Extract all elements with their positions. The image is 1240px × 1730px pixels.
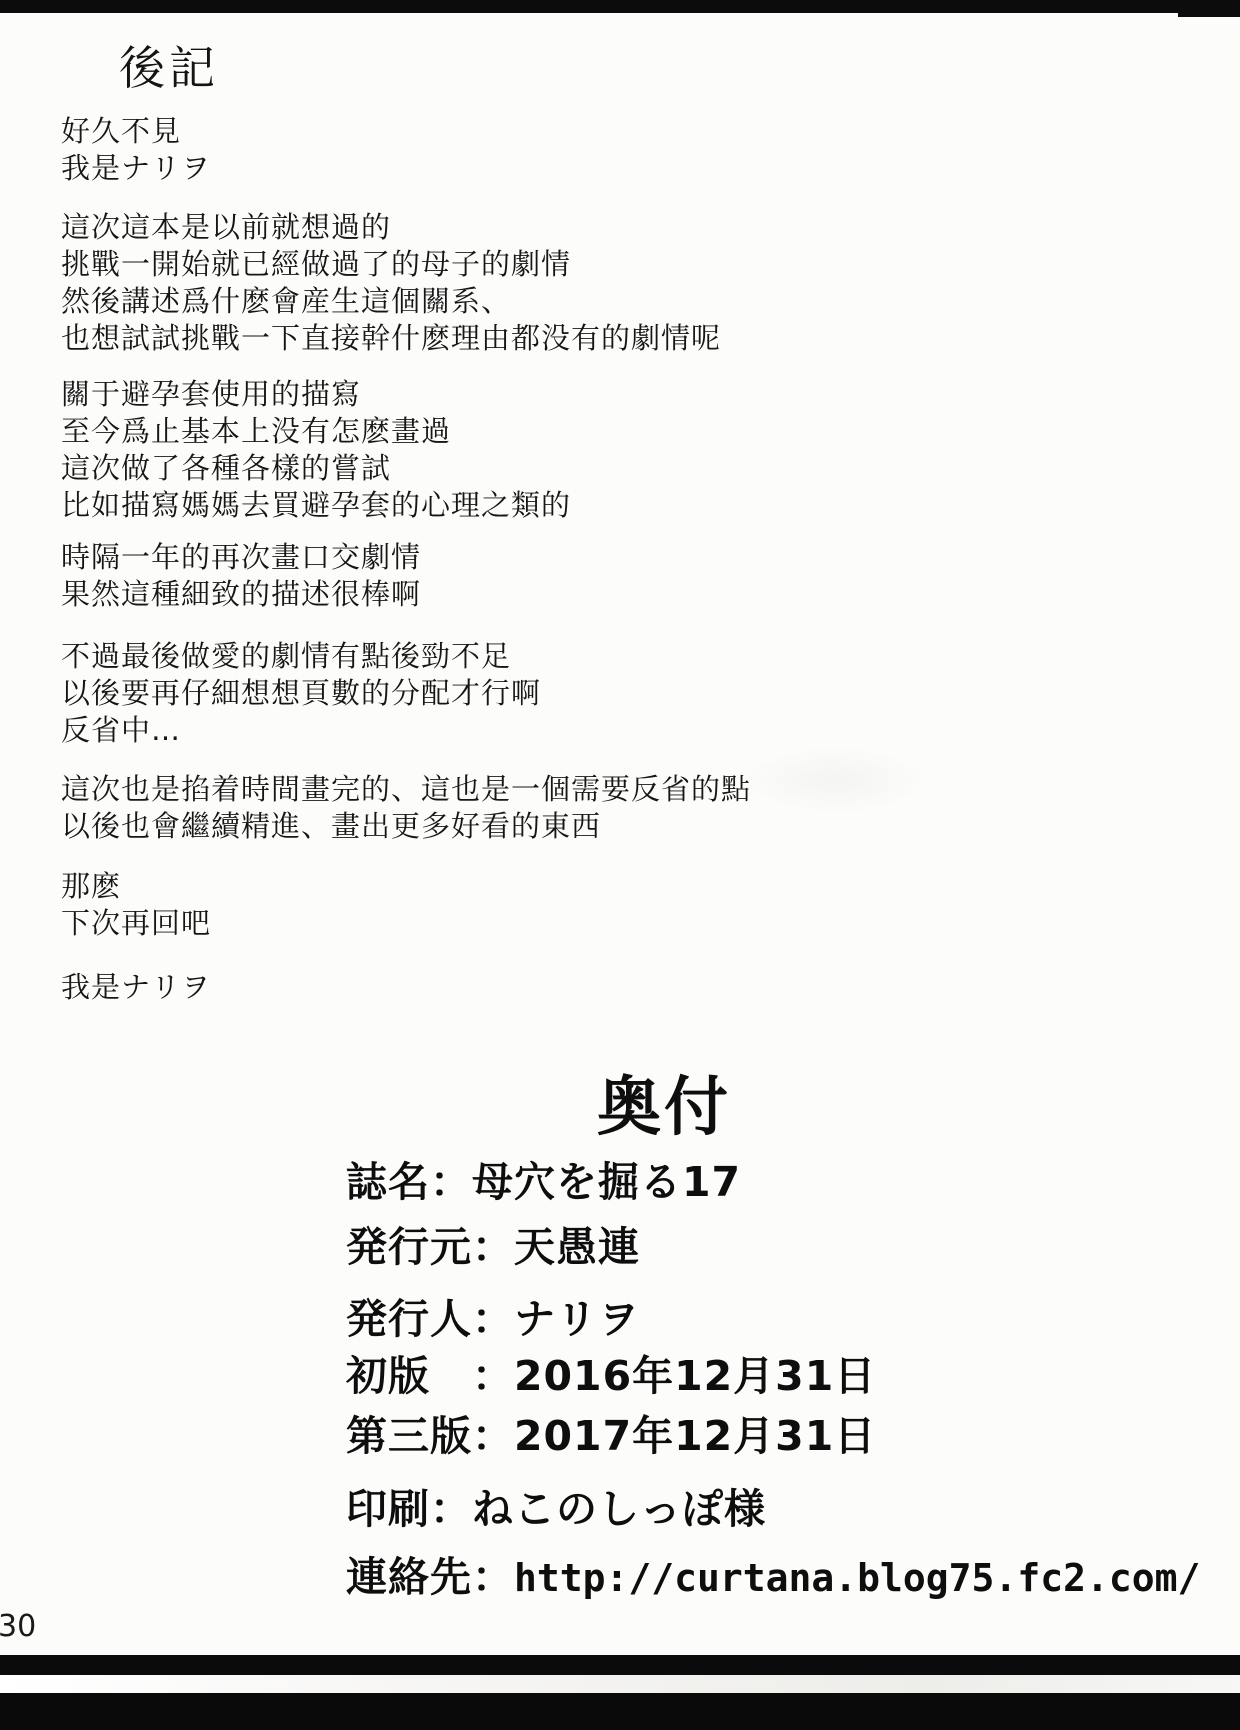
contact-url: http://curtana.blog75.fc2.com/ (514, 1556, 1200, 1600)
text-line: 以後也會繼續精進、畫出更多好看的東西 (61, 808, 751, 845)
colophon-entry-title: 誌名：母穴を掘る17 (346, 1149, 741, 1208)
afterword-paragraph: 這次也是掐着時間畫完的、這也是一個需要反省的點 以後也會繼續精進、畫出更多好看的… (61, 771, 751, 845)
entry-value: 2017年12月31日 (514, 1412, 876, 1460)
afterword-paragraph: 時隔一年的再次畫口交劇情 果然這種細致的描述很棒啊 (61, 539, 421, 613)
entry-label: 初版 ： (346, 1352, 514, 1400)
text-line: 比如描寫媽媽去買避孕套的心理之類的 (61, 487, 571, 524)
text-line: 挑戰一開始就已經做過了的母子的劇情 (61, 246, 721, 283)
entry-label: 発行人： (346, 1295, 514, 1343)
text-line: 好久不見 (61, 113, 211, 150)
colophon-entry-printer: 印刷：ねこのしっぽ様 (346, 1476, 766, 1535)
entry-value: 天愚連 (514, 1223, 640, 1271)
entry-label: 発行元： (346, 1223, 514, 1271)
scan-edge-top-corner (1178, 0, 1240, 17)
afterword-paragraph: 好久不見 我是ナリヲ (61, 113, 211, 187)
text-line: 下次再回吧 (61, 905, 211, 942)
text-line: 也想試試挑戰一下直接幹什麽理由都没有的劇情呢 (61, 320, 721, 357)
scan-edge-bottom-bar (0, 1655, 1240, 1675)
text-line: 不過最後做愛的劇情有點後勁不足 (61, 638, 541, 675)
entry-value: ねこのしっぽ様 (472, 1485, 766, 1533)
entry-value: 母穴を掘る17 (472, 1158, 741, 1206)
entry-label: 連絡先： (346, 1553, 514, 1601)
text-line: 這次也是掐着時間畫完的、這也是一個需要反省的點 (61, 771, 751, 808)
text-line: 果然這種細致的描述很棒啊 (61, 576, 421, 613)
scan-edge-bottom-strip (0, 1675, 1240, 1693)
afterword-title: 後記 (119, 32, 219, 98)
colophon-entry-third-edition: 第三版：2017年12月31日 (346, 1403, 876, 1462)
colophon-entry-contact: 連絡先：http://curtana.blog75.fc2.com/ (346, 1544, 1200, 1603)
text-line: 時隔一年的再次畫口交劇情 (61, 539, 421, 576)
entry-label: 第三版： (346, 1412, 514, 1460)
text-line: 我是ナリヲ (61, 969, 211, 1006)
page-number: 30 (0, 1609, 36, 1644)
entry-label: 印刷： (346, 1485, 472, 1533)
entry-label: 誌名： (346, 1158, 472, 1206)
text-line: 然後講述爲什麽會産生這個關系、 (61, 283, 721, 320)
scan-smudge (740, 745, 930, 815)
scan-edge-top-bar (0, 0, 1240, 13)
afterword-signature: 我是ナリヲ (61, 969, 211, 1006)
afterword-paragraph: 那麽 下次再回吧 (61, 868, 211, 942)
text-line: 關于避孕套使用的描寫 (61, 376, 571, 413)
colophon-entry-publisher: 発行元：天愚連 (346, 1214, 640, 1273)
scanned-afterword-page: 後記 好久不見 我是ナリヲ 這次這本是以前就想過的 挑戰一開始就已經做過了的母子… (0, 0, 1240, 1730)
text-line: 那麽 (61, 868, 211, 905)
afterword-paragraph: 不過最後做愛的劇情有點後勁不足 以後要再仔細想想頁數的分配才行啊 反省中… (61, 638, 541, 749)
text-line: 以後要再仔細想想頁數的分配才行啊 (61, 675, 541, 712)
entry-value: ナリヲ (514, 1295, 640, 1343)
entry-value: 2016年12月31日 (514, 1352, 876, 1400)
afterword-paragraph: 關于避孕套使用的描寫 至今爲止基本上没有怎麽畫過 這次做了各種各樣的嘗試 比如描… (61, 376, 571, 524)
text-line: 我是ナリヲ (61, 150, 211, 187)
text-line: 這次這本是以前就想過的 (61, 209, 721, 246)
colophon-entry-author: 発行人：ナリヲ (346, 1286, 640, 1345)
text-line: 反省中… (61, 712, 541, 749)
text-line: 至今爲止基本上没有怎麽畫過 (61, 413, 571, 450)
colophon-title: 奥付 (597, 1056, 731, 1148)
text-line: 這次做了各種各樣的嘗試 (61, 450, 571, 487)
scan-edge-bottom-bar (0, 1693, 1240, 1730)
afterword-paragraph: 這次這本是以前就想過的 挑戰一開始就已經做過了的母子的劇情 然後講述爲什麽會産生… (61, 209, 721, 357)
colophon-entry-first-edition: 初版 ：2016年12月31日 (346, 1343, 876, 1402)
